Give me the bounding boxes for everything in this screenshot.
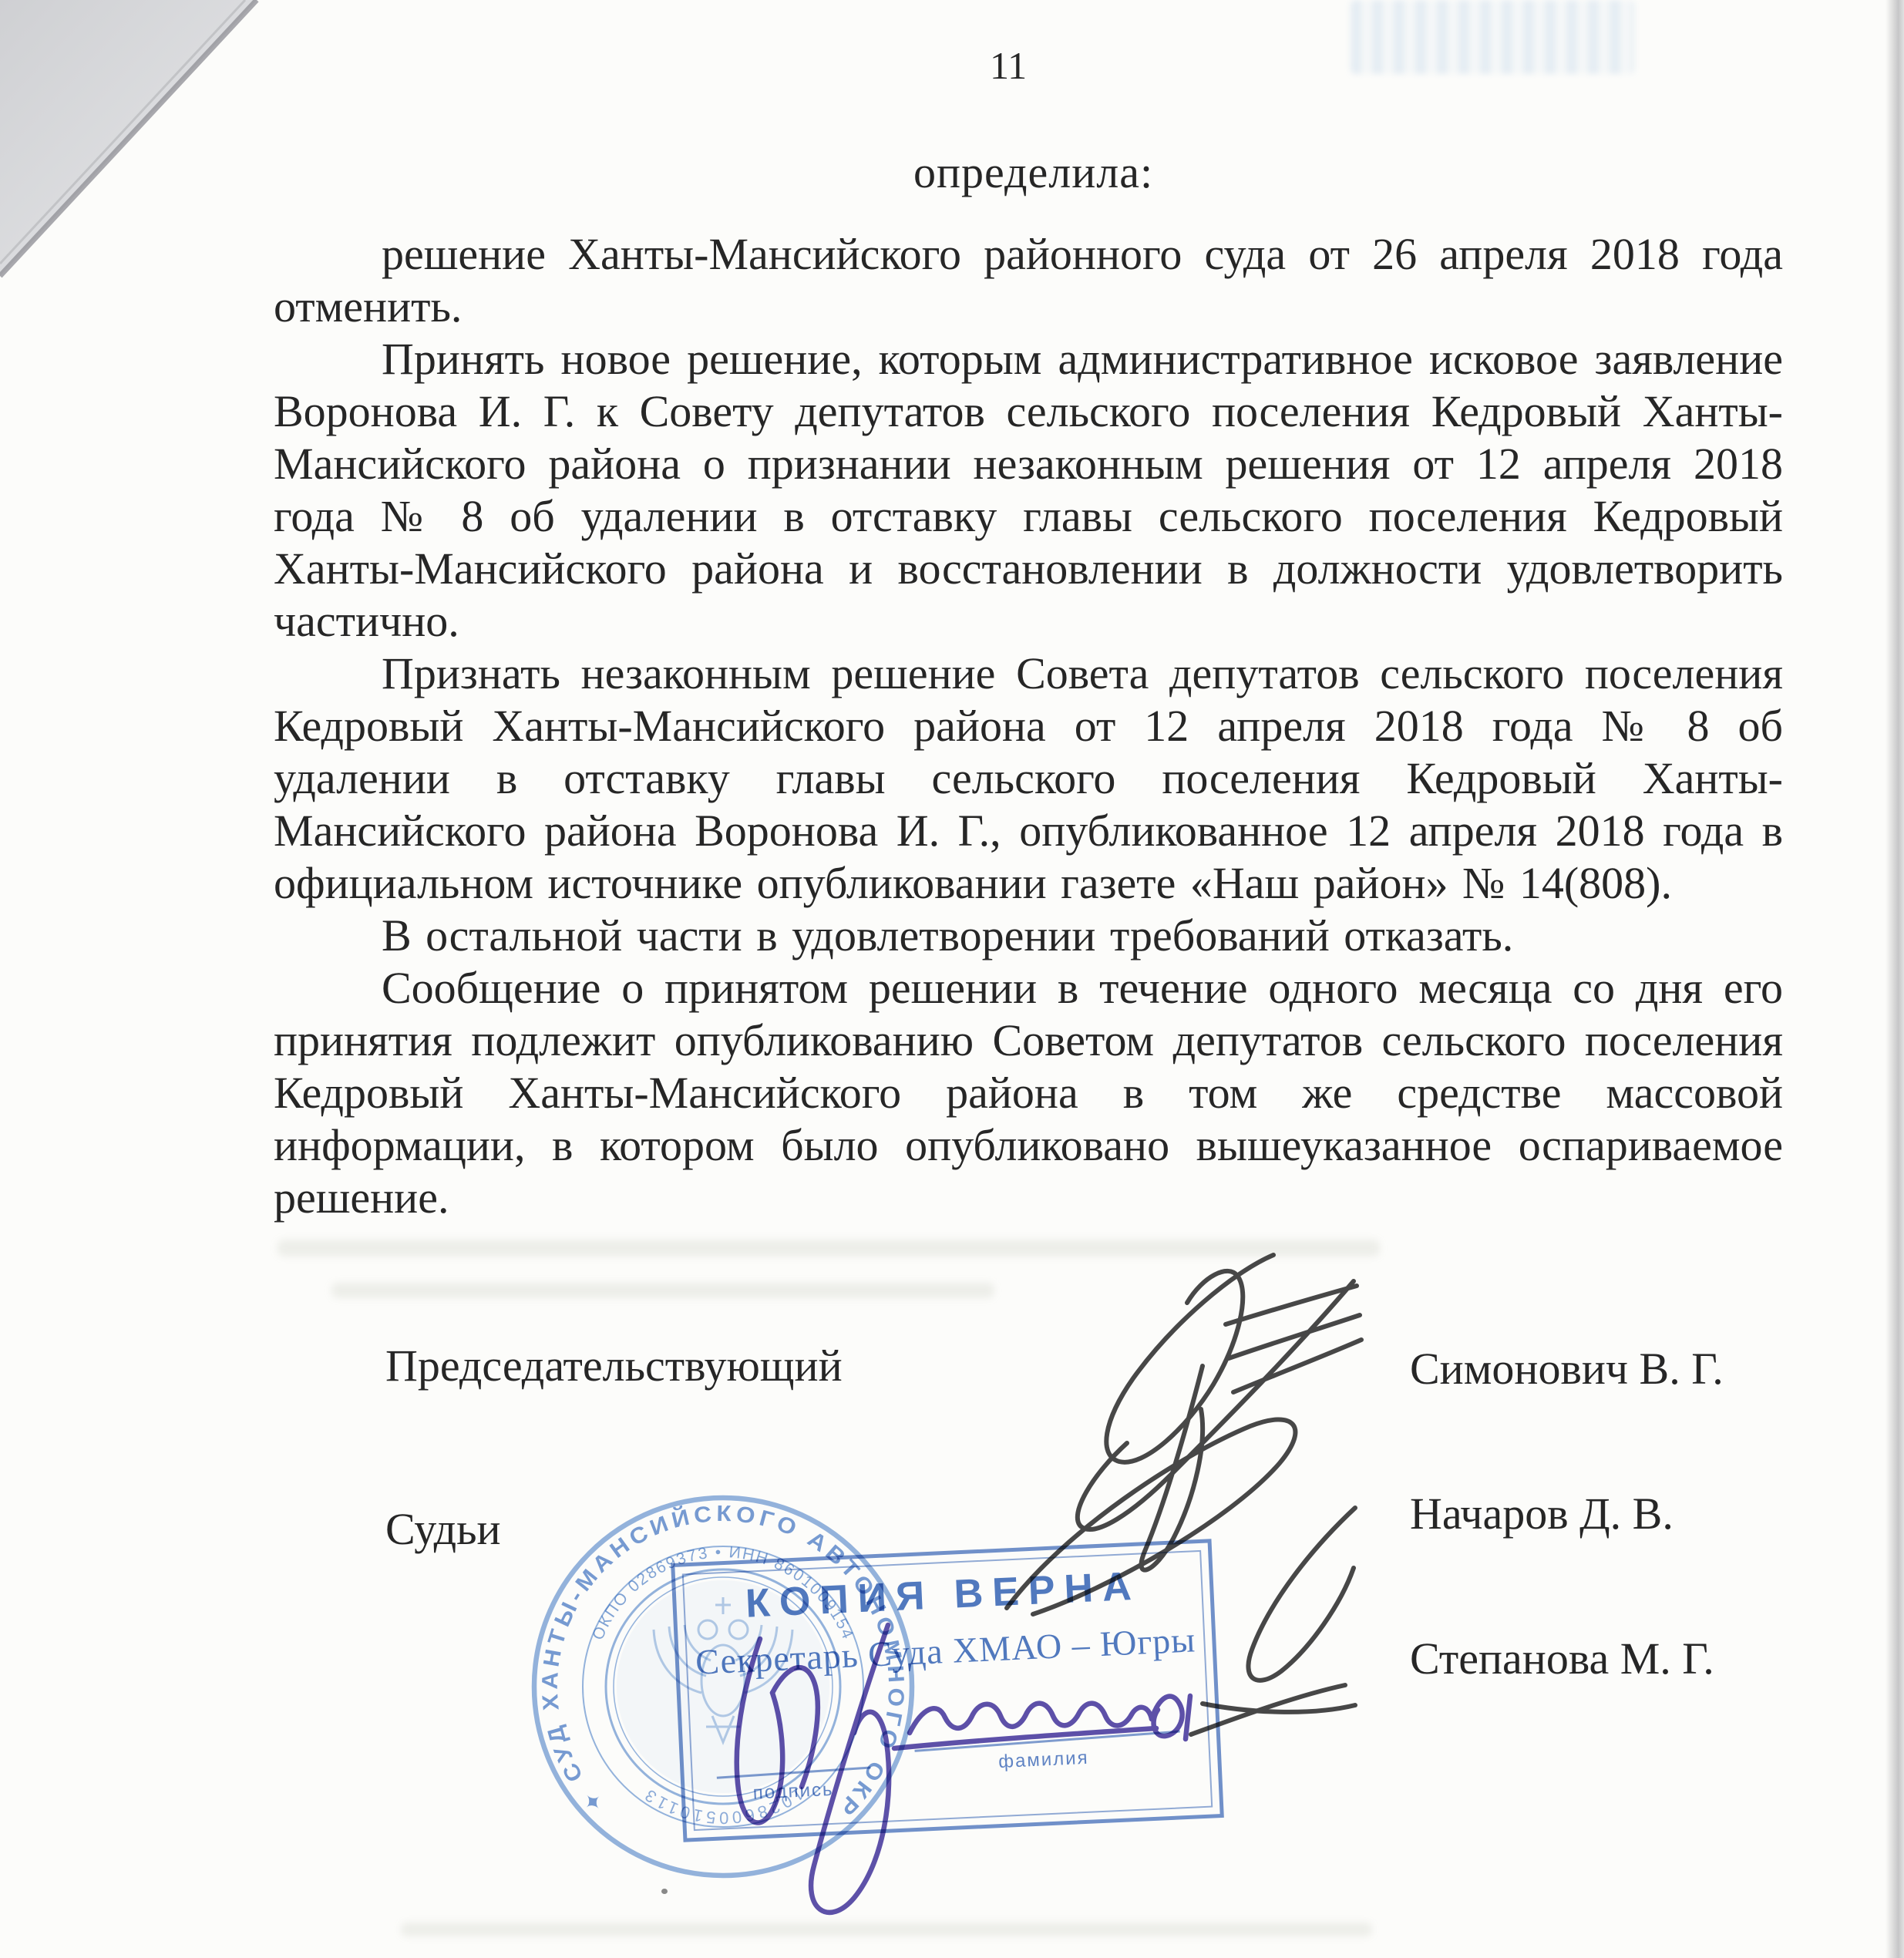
signatory-name: Начаров Д. В. [1410, 1488, 1674, 1539]
body-paragraph: Сообщение о принятом решении в течение о… [274, 962, 1783, 1224]
ink-bleed-through-line [331, 1283, 994, 1298]
signatory-name: Степанова М. Г. [1410, 1633, 1714, 1684]
scan-corner-fold-artifact [0, 0, 278, 308]
body-paragraph: В остальной части в удовлетворении требо… [274, 910, 1783, 962]
body-paragraph: Принять новое решение, которым администр… [274, 333, 1783, 648]
body-paragraph: Признать незаконным решение Совета депут… [274, 648, 1783, 910]
page-number: 11 [990, 43, 1027, 88]
copy-certification-stamp: КОПИЯ ВЕРНА Секретарь Суда ХМАО – Югры п… [671, 1539, 1224, 1842]
signatory-label-presiding: Председательствующий [385, 1340, 843, 1391]
ruling-body: решение Ханты-Мансийского районного суда… [274, 228, 1783, 1224]
signatory-name: Симонович В. Г. [1410, 1343, 1724, 1394]
ruling-heading: определила: [913, 146, 1153, 198]
ink-bleed-through-top [1351, 0, 1634, 74]
scan-speck [661, 1889, 668, 1894]
scanned-court-document-page: 11 определила: решение Ханты-Мансийского… [0, 0, 1904, 1958]
ink-bleed-through-line [401, 1923, 1372, 1936]
ink-bleed-through-line [278, 1240, 1380, 1257]
stamp-signature-caption: подпись [752, 1779, 834, 1805]
scan-page-edge [1885, 0, 1904, 1958]
signatory-label-judges: Судьи [385, 1503, 501, 1555]
body-paragraph: решение Ханты-Мансийского районного суда… [274, 228, 1783, 333]
stamp-surname-caption: фамилия [998, 1748, 1090, 1773]
